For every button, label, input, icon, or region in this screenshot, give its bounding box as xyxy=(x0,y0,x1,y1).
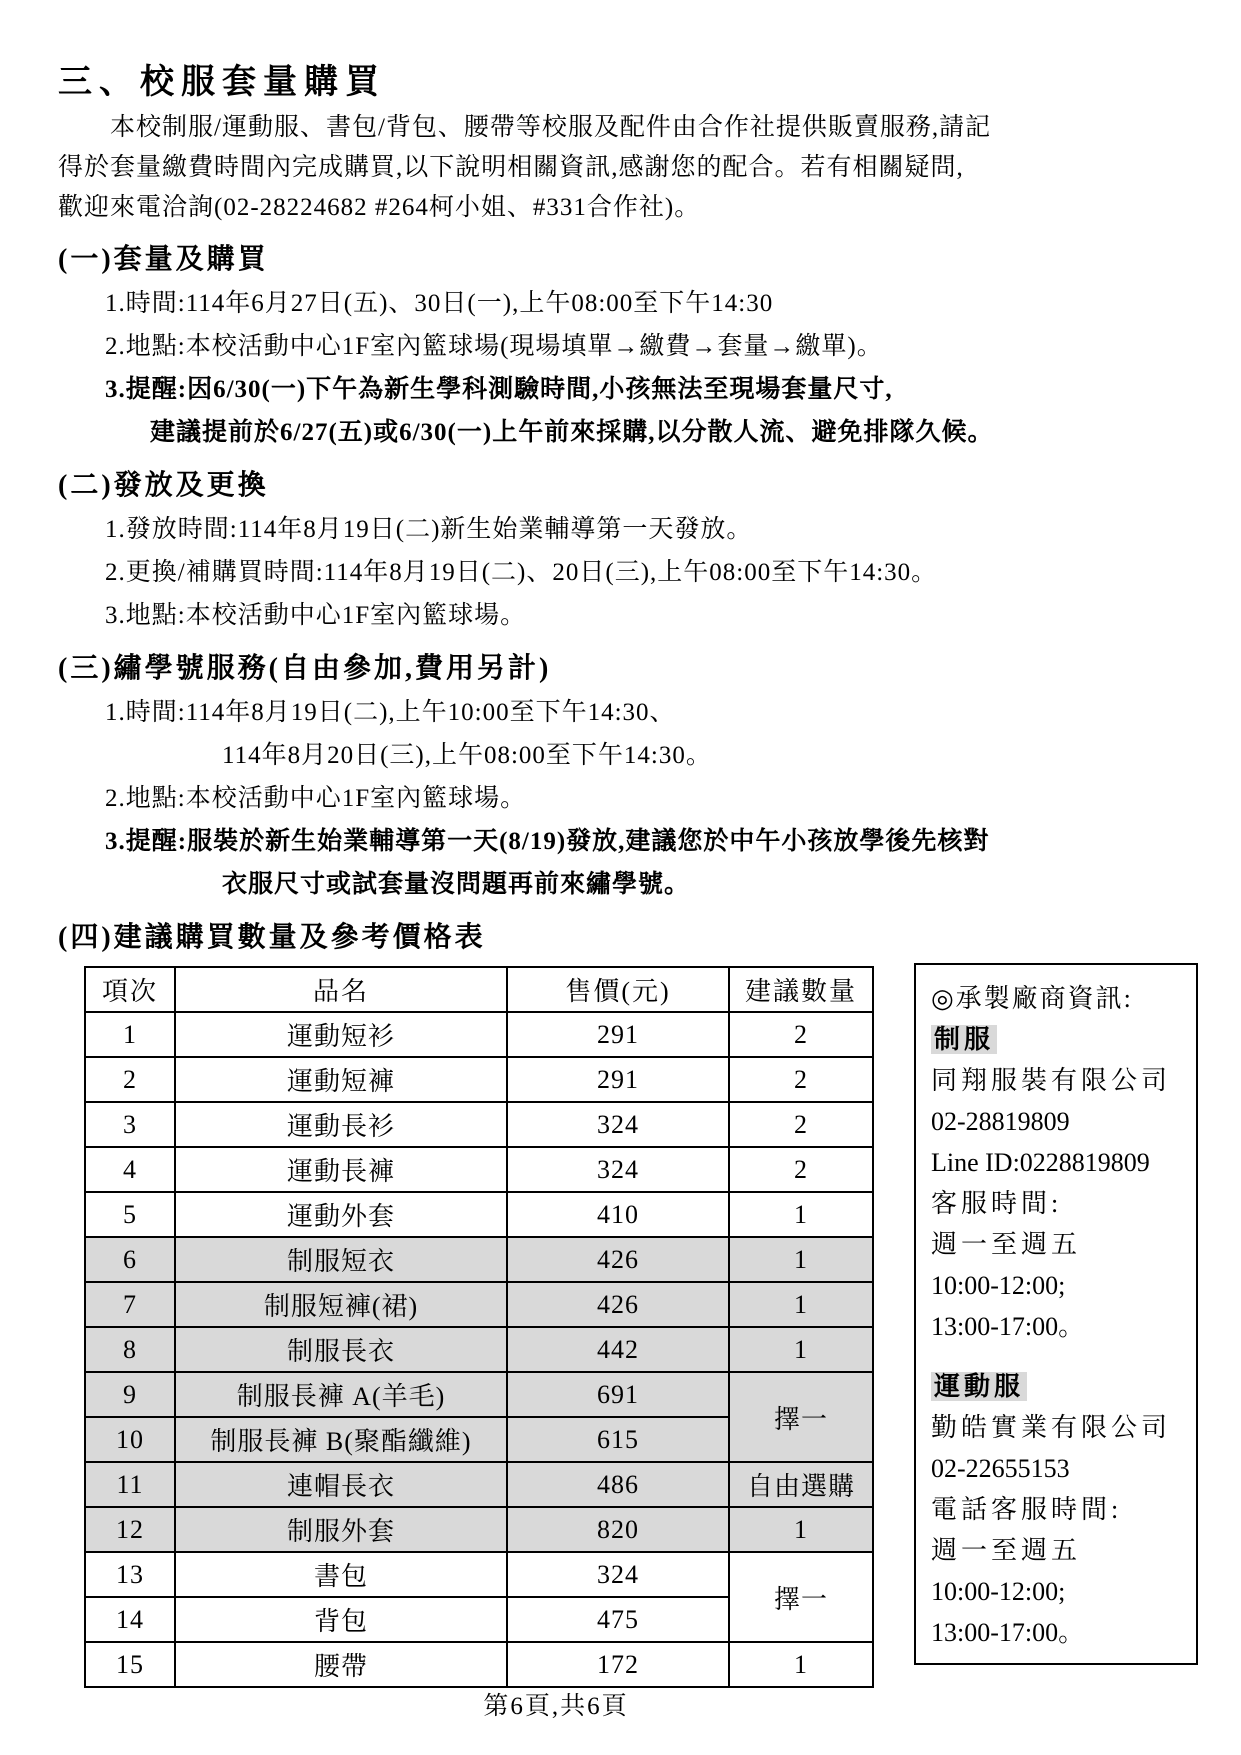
cell-product: 運動長褲 xyxy=(175,1147,507,1192)
cell-quantity: 擇一 xyxy=(729,1372,873,1462)
cell-quantity: 1 xyxy=(729,1282,873,1327)
cell-product: 運動外套 xyxy=(175,1192,507,1237)
document-page: 三、校服套量購買 本校制服/運動服、書包/背包、腰帶等校服及配件由合作社提供販賣… xyxy=(0,0,1241,1755)
body-line: 建議提前於6/27(五)或6/30(一)上午前來採購,以分散人流、避免排隊久候。 xyxy=(150,411,1188,454)
cell-item-no: 8 xyxy=(85,1327,175,1372)
cell-quantity: 1 xyxy=(729,1192,873,1237)
col-header-item-no: 項次 xyxy=(85,967,175,1012)
table-row: 7 制服短褲(裙) 426 1 xyxy=(85,1282,873,1327)
table-row: 11 連帽長衣 486 自由選購 xyxy=(85,1462,873,1507)
table-row: 13 書包 324 擇一 xyxy=(85,1552,873,1597)
cell-price: 426 xyxy=(507,1282,729,1327)
price-table-body: 1 運動短衫 291 2 2 運動短褲 291 2 3 運動長衫 324 2 xyxy=(85,1012,873,1687)
table-row: 1 運動短衫 291 2 xyxy=(85,1012,873,1057)
cell-price: 410 xyxy=(507,1192,729,1237)
cell-price: 324 xyxy=(507,1552,729,1597)
vendor-line-text: 10:00-12:00; xyxy=(931,1271,1065,1300)
body-line: 3.提醒:因6/30(一)下午為新生學科測驗時間,小孩無法至現場套量尺寸, xyxy=(105,368,1188,411)
cell-item-no: 3 xyxy=(85,1102,175,1147)
cell-item-no: 15 xyxy=(85,1642,175,1687)
vendor-line: 週一至週五 xyxy=(931,1530,1181,1571)
cell-quantity: 擇一 xyxy=(729,1552,873,1642)
vendor-line-text: 02-22655153 xyxy=(931,1454,1070,1483)
col-header-product: 品名 xyxy=(175,967,507,1012)
table-row: 3 運動長衫 324 2 xyxy=(85,1102,873,1147)
cell-quantity: 2 xyxy=(729,1012,873,1057)
body-line: 3.提醒:服裝於新生始業輔導第一天(8/19)發放,建議您於中午小孩放學後先核對 xyxy=(105,820,1188,863)
vendor-line: 勤皓實業有限公司 xyxy=(931,1407,1181,1448)
cell-item-no: 5 xyxy=(85,1192,175,1237)
vendor-line-text: 02-28819809 xyxy=(931,1107,1070,1136)
cell-item-no: 1 xyxy=(85,1012,175,1057)
document-body: 本校制服/運動服、書包/背包、腰帶等校服及配件由合作社提供販賣服務,請記得於套量… xyxy=(58,108,1188,960)
vendor-line: ◎承製廠商資訊: xyxy=(931,978,1181,1019)
cell-product: 運動短衫 xyxy=(175,1012,507,1057)
table-row: 9 制服長褲 A(羊毛) 691 擇一 xyxy=(85,1372,873,1417)
cell-price: 475 xyxy=(507,1597,729,1642)
vendor-line-text: 13:00-17:00。 xyxy=(931,1618,1084,1647)
body-line: 3.地點:本校活動中心1F室內籃球場。 xyxy=(105,594,1188,637)
vendor-line-text: 週一至週五 xyxy=(931,1536,1081,1565)
cell-price: 442 xyxy=(507,1327,729,1372)
vendor-line: Line ID:0228819809 xyxy=(931,1142,1181,1183)
body-line: 本校制服/運動服、書包/背包、腰帶等校服及配件由合作社提供販賣服務,請記 xyxy=(58,108,1188,148)
cell-item-no: 9 xyxy=(85,1372,175,1417)
vendor-line-text: 同翔服裝有限公司 xyxy=(931,1066,1171,1095)
cell-quantity: 2 xyxy=(729,1102,873,1147)
body-line: 1.發放時間:114年8月19日(二)新生始業輔導第一天發放。 xyxy=(105,508,1188,551)
cell-item-no: 11 xyxy=(85,1462,175,1507)
vendor-line: 客服時間: xyxy=(931,1183,1181,1224)
cell-quantity: 1 xyxy=(729,1642,873,1687)
vendor-line-text: 運動服 xyxy=(931,1372,1027,1401)
vendor-line: 10:00-12:00; xyxy=(931,1265,1181,1306)
vendor-line-text: 電話客服時間: xyxy=(931,1495,1122,1524)
cell-product: 制服外套 xyxy=(175,1507,507,1552)
cell-price: 615 xyxy=(507,1417,729,1462)
vendor-info-box: ◎承製廠商資訊:制服同翔服裝有限公司02-28819809Line ID:022… xyxy=(914,963,1198,1665)
body-line: (一)套量及購買 xyxy=(58,234,1188,282)
body-line: 歡迎來電洽詢(02-28224682 #264柯小姐、#331合作社)。 xyxy=(58,188,1188,228)
vendor-line: 運動服 xyxy=(931,1366,1181,1407)
table-row: 12 制服外套 820 1 xyxy=(85,1507,873,1552)
cell-product: 制服長衣 xyxy=(175,1327,507,1372)
cell-quantity: 2 xyxy=(729,1057,873,1102)
vendor-line: 同翔服裝有限公司 xyxy=(931,1060,1181,1101)
cell-price: 324 xyxy=(507,1102,729,1147)
vendor-line-text: 制服 xyxy=(931,1025,997,1054)
cell-quantity: 1 xyxy=(729,1507,873,1552)
table-row: 15 腰帶 172 1 xyxy=(85,1642,873,1687)
body-line: (三)繡學號服務(自由參加,費用另計) xyxy=(58,643,1188,691)
vendor-line: 10:00-12:00; xyxy=(931,1571,1181,1612)
cell-item-no: 4 xyxy=(85,1147,175,1192)
vendor-line: 13:00-17:00。 xyxy=(931,1612,1181,1653)
cell-product: 制服長褲 B(聚酯纖維) xyxy=(175,1417,507,1462)
cell-item-no: 6 xyxy=(85,1237,175,1282)
cell-price: 820 xyxy=(507,1507,729,1552)
vendor-line-text: Line ID:0228819809 xyxy=(931,1148,1150,1177)
vendor-line: 02-28819809 xyxy=(931,1101,1181,1142)
cell-product: 運動長衫 xyxy=(175,1102,507,1147)
cell-product: 運動短褲 xyxy=(175,1057,507,1102)
cell-price: 324 xyxy=(507,1147,729,1192)
page-footer: 第6頁,共6頁 xyxy=(0,1686,1112,1722)
vendor-line: 電話客服時間: xyxy=(931,1489,1181,1530)
body-line: 1.時間:114年6月27日(五)、30日(一),上午08:00至下午14:30 xyxy=(105,282,1188,325)
vendor-line: 02-22655153 xyxy=(931,1448,1181,1489)
vendor-line-text: 13:00-17:00。 xyxy=(931,1312,1084,1341)
cell-item-no: 7 xyxy=(85,1282,175,1327)
cell-product: 制服長褲 A(羊毛) xyxy=(175,1372,507,1417)
cell-item-no: 10 xyxy=(85,1417,175,1462)
vendor-line-text: 勤皓實業有限公司 xyxy=(931,1413,1171,1442)
body-line: 2.地點:本校活動中心1F室內籃球場(現場填單→繳費→套量→繳單)。 xyxy=(105,325,1188,368)
body-line: (四)建議購買數量及參考價格表 xyxy=(58,912,1188,960)
vendor-line-text: 客服時間: xyxy=(931,1189,1062,1218)
table-row: 2 運動短褲 291 2 xyxy=(85,1057,873,1102)
col-header-price: 售價(元) xyxy=(507,967,729,1012)
cell-product: 制服短衣 xyxy=(175,1237,507,1282)
cell-item-no: 14 xyxy=(85,1597,175,1642)
body-line: 得於套量繳費時間內完成購買,以下說明相關資訊,感謝您的配合。若有相關疑問, xyxy=(58,148,1188,188)
cell-product: 連帽長衣 xyxy=(175,1462,507,1507)
document-title: 三、校服套量購買 xyxy=(58,58,1188,108)
cell-quantity: 1 xyxy=(729,1327,873,1372)
cell-price: 172 xyxy=(507,1642,729,1687)
cell-product: 腰帶 xyxy=(175,1642,507,1687)
vendor-line: 13:00-17:00。 xyxy=(931,1306,1181,1347)
cell-quantity: 1 xyxy=(729,1237,873,1282)
cell-product: 制服短褲(裙) xyxy=(175,1282,507,1327)
cell-product: 書包 xyxy=(175,1552,507,1597)
cell-price: 291 xyxy=(507,1057,729,1102)
body-line: 2.更換/補購買時間:114年8月19日(二)、20日(三),上午08:00至下… xyxy=(105,551,1188,594)
body-line: 2.地點:本校活動中心1F室內籃球場。 xyxy=(105,777,1188,820)
vendor-line: 週一至週五 xyxy=(931,1224,1181,1265)
table-row: 4 運動長褲 324 2 xyxy=(85,1147,873,1192)
table-row: 6 制服短衣 426 1 xyxy=(85,1237,873,1282)
body-line: 1.時間:114年8月19日(二),上午10:00至下午14:30、 xyxy=(105,691,1188,734)
cell-product: 背包 xyxy=(175,1597,507,1642)
vendor-line: 制服 xyxy=(931,1019,1181,1060)
col-header-quantity: 建議數量 xyxy=(729,967,873,1012)
table-row: 8 制服長衣 442 1 xyxy=(85,1327,873,1372)
cell-item-no: 13 xyxy=(85,1552,175,1597)
table-row: 5 運動外套 410 1 xyxy=(85,1192,873,1237)
vendor-line-text: ◎承製廠商資訊: xyxy=(931,984,1133,1013)
price-table: 項次 品名 售價(元) 建議數量 1 運動短衫 291 2 2 運動短褲 xyxy=(84,966,874,1688)
body-line: 衣服尺寸或試套量沒問題再前來繡學號。 xyxy=(222,863,1188,906)
cell-price: 691 xyxy=(507,1372,729,1417)
cell-price: 486 xyxy=(507,1462,729,1507)
cell-quantity: 2 xyxy=(729,1147,873,1192)
cell-item-no: 2 xyxy=(85,1057,175,1102)
cell-price: 291 xyxy=(507,1012,729,1057)
body-line: 114年8月20日(三),上午08:00至下午14:30。 xyxy=(222,734,1188,777)
vendor-line-text: 10:00-12:00; xyxy=(931,1577,1065,1606)
cell-quantity: 自由選購 xyxy=(729,1462,873,1507)
cell-price: 426 xyxy=(507,1237,729,1282)
cell-item-no: 12 xyxy=(85,1507,175,1552)
table-header-row: 項次 品名 售價(元) 建議數量 xyxy=(85,967,873,1012)
body-line: (二)發放及更換 xyxy=(58,460,1188,508)
vendor-line-text: 週一至週五 xyxy=(931,1230,1081,1259)
